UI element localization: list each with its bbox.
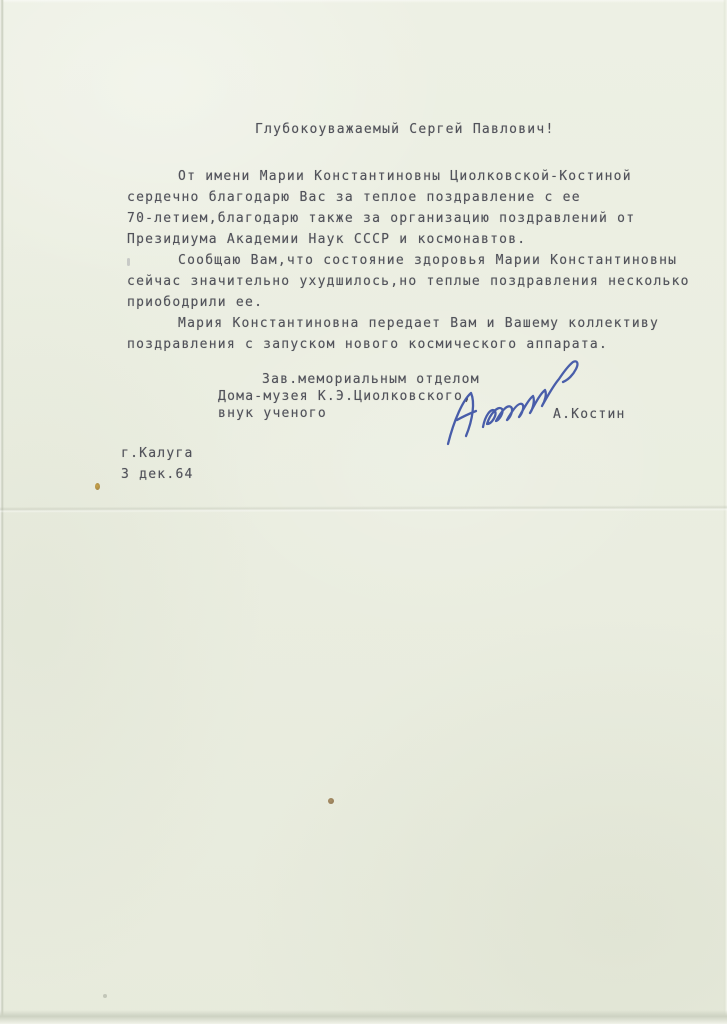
letter-line: Сообщаю Вам,что состояние здоровья Марии… bbox=[127, 250, 690, 271]
footer-date: 3 дек.64 bbox=[121, 464, 194, 485]
letter-line: сердечно благодарю Вас за теплое поздрав… bbox=[127, 187, 690, 208]
paper-edge-top bbox=[0, 0, 727, 3]
letter-line: приободрили ее. bbox=[127, 292, 690, 313]
letter-line: сейчас значительно ухудшилось,но теплые … bbox=[127, 271, 690, 292]
letter-line: Мария Константиновна передает Вам и Ваше… bbox=[127, 313, 690, 334]
paper-edge-right bbox=[723, 0, 727, 1024]
letter-page: Глубокоуважаемый Сергей Павлович! От име… bbox=[0, 0, 727, 1024]
handwritten-signature bbox=[438, 352, 603, 452]
paper-edge-bottom bbox=[0, 1010, 727, 1024]
letter-line: 70-летием,благодарю также за организацию… bbox=[127, 208, 690, 229]
salutation: Глубокоуважаемый Сергей Павлович! bbox=[255, 119, 555, 140]
fold-crease bbox=[0, 505, 727, 513]
paper-speck bbox=[127, 258, 130, 266]
letter-line: Президиума Академии Наук СССР и космонав… bbox=[127, 229, 690, 250]
paper-speck bbox=[103, 994, 107, 998]
paper-speck bbox=[95, 483, 100, 490]
letter-line: От имени Марии Константиновны Циолковско… bbox=[127, 166, 690, 187]
footer-city: г.Калуга bbox=[121, 443, 194, 464]
signature-title-line3: внук ученого bbox=[218, 403, 327, 424]
letter-body: От имени Марии Константиновны Циолковско… bbox=[127, 166, 690, 355]
paper-speck bbox=[328, 798, 334, 804]
letter-line: поздравления с запуском нового космическ… bbox=[127, 334, 690, 355]
